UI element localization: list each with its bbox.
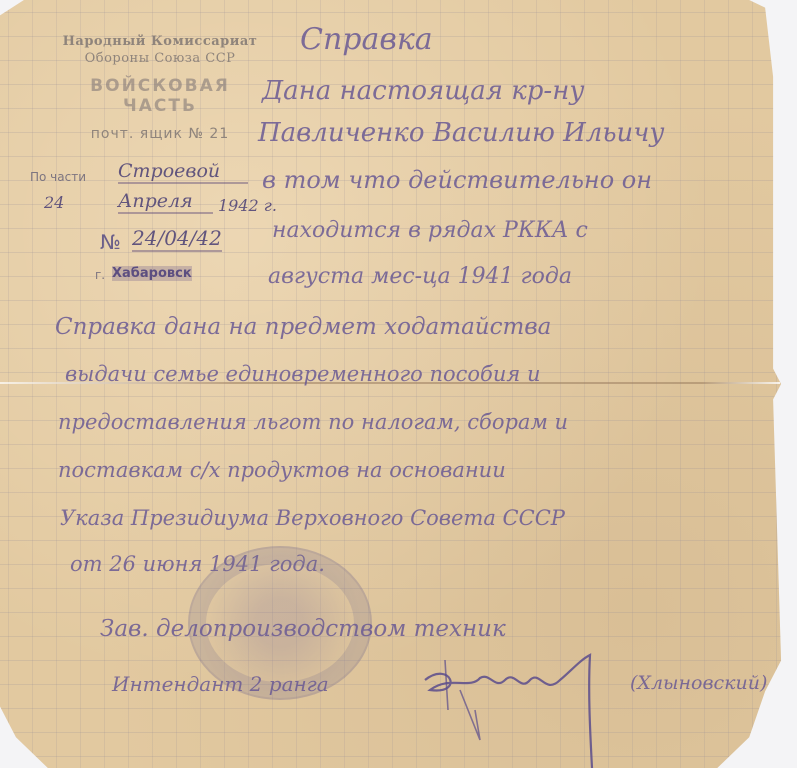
body-line-10: Указа Президиума Верховного Совета СССР <box>60 506 565 530</box>
document-title: Справка <box>300 22 433 57</box>
stamp-line-1: Народный Комиссариат <box>50 34 270 49</box>
handwritten-signature <box>420 650 610 768</box>
city-value: Хабаровск <box>112 266 192 281</box>
number-label: № <box>100 230 121 254</box>
stamp-line-3: ВОЙСКОВАЯ ЧАСТЬ <box>50 76 270 116</box>
body-line-9: поставкам с/х продуктов на основании <box>58 458 506 482</box>
body-line-4: находится в рядах РККА с <box>272 218 588 243</box>
body-line-5: августа мес-ца 1941 года <box>268 264 572 289</box>
body-line-3: в том что действительно он <box>262 166 652 194</box>
number-value: 24/04/42 <box>132 226 222 252</box>
header-stamp: Народный Комиссариат Обороны Союза ССР В… <box>50 34 270 142</box>
stamp-line-4: почт. ящик № 21 <box>50 126 270 142</box>
signer-title-line-1: Зав. делопроизводством техник <box>100 616 506 642</box>
body-line-1: Дана настоящая кр-ну <box>262 76 584 106</box>
body-line-6: Справка дана на предмет ходатайства <box>55 314 551 340</box>
dept-value: Строевой <box>118 160 248 184</box>
body-line-2: Павличенко Василию Ильичу <box>258 118 665 148</box>
signer-name: (Хлыновский) <box>630 672 767 694</box>
date-month: Апреля <box>118 190 213 214</box>
date-day: 24 <box>44 193 64 212</box>
body-line-8: предоставления льгот по налогам, сборам … <box>58 410 568 434</box>
body-line-7: выдачи семье единовременного пособия и <box>65 362 540 386</box>
dept-label: По части <box>30 170 86 184</box>
stamp-line-2: Обороны Союза ССР <box>50 51 270 66</box>
date-year: 1942 г. <box>218 196 277 215</box>
city-label: г. <box>95 268 105 282</box>
signer-title-line-2: Интендант 2 ранга <box>112 672 329 696</box>
